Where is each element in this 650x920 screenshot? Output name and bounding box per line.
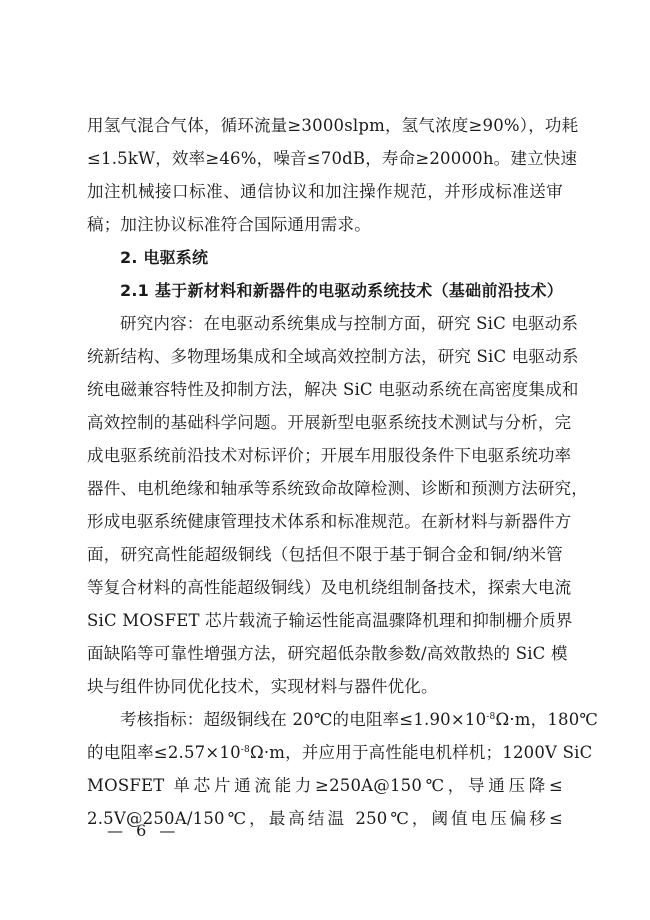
assessment-line: 的电阻率≤2.57×10-8Ω·m，并应用于高性能电机样机；1200V SiC: [87, 736, 563, 769]
body-text-line: 用氢气混合气体，循环流量≥3000slpm，氢气浓度≥90%），功耗: [87, 109, 563, 142]
body-text-line: 器件、电机绝缘和轴承等系统致命故障检测、诊断和预测方法研究，: [87, 472, 563, 505]
exponent: -8: [241, 745, 250, 755]
page-number: — 6 —: [107, 818, 179, 844]
assessment-line: MOSFET 单芯片通流能力≥250A@150℃，导通压降≤: [87, 769, 563, 802]
body-text-line: 加注机械接口标准、通信协议和加注操作规范，并形成标准送审: [87, 175, 563, 208]
section-heading: 2. 电驱系统: [87, 241, 563, 274]
text-run: 的电阻率≤2.57×10: [87, 743, 241, 762]
text-run: Ω·m，并应用于高性能电机样机；1200V SiC: [250, 743, 592, 762]
body-text-line: 高效控制的基础科学问题。开展新型电驱系统技术测试与分析，完: [87, 406, 563, 439]
body-text-line: 面，研究高性能超级铜线（包括但不限于基于铜合金和铜/纳米管: [87, 538, 563, 571]
body-text-line: SiC MOSFET 芯片载流子输运性能高温骤降机理和抑制栅介质界: [87, 604, 563, 637]
body-text-line: 等复合材料的高性能超级铜线）及电机绕组制备技术，探索大电流: [87, 571, 563, 604]
body-text-line: 统新结构、多物理场集成和全域高效控制方法，研究 SiC 电驱动系: [87, 340, 563, 373]
body-text-line: 面缺陷等可靠性增强方法，研究超低杂散参数/高效散热的 SiC 模: [87, 637, 563, 670]
body-text-line: 稿；加注协议标准符合国际通用需求。: [87, 208, 563, 241]
body-text-line: 形成电驱系统健康管理技术体系和标准规范。在新材料与新器件方: [87, 505, 563, 538]
assessment-line: 考核指标：超级铜线在 20℃的电阻率≤1.90×10-8Ω·m，180℃: [87, 703, 563, 736]
body-text-line: 成电驱系统前沿技术对标评价；开展车用服役条件下电驱系统功率: [87, 439, 563, 472]
text-run: Ω·m，180℃: [495, 710, 598, 729]
document-page: 用氢气混合气体，循环流量≥3000slpm，氢气浓度≥90%），功耗 ≤1.5k…: [87, 109, 563, 835]
body-text-line: ≤1.5kW，效率≥46%，噪音≤70dB，寿命≥20000h。建立快速: [87, 142, 563, 175]
body-text-line: 研究内容：在电驱动系统集成与控制方面，研究 SiC 电驱动系: [87, 307, 563, 340]
subsection-heading: 2.1 基于新材料和新器件的电驱动系统技术（基础前沿技术）: [87, 274, 563, 307]
text-run: 考核指标：超级铜线在 20℃的电阻率≤1.90×10: [120, 710, 486, 729]
body-text-line: 统电磁兼容特性及抑制方法，解决 SiC 电驱动系统在高密度集成和: [87, 373, 563, 406]
body-text-line: 块与组件协同优化技术，实现材料与器件优化。: [87, 670, 563, 703]
